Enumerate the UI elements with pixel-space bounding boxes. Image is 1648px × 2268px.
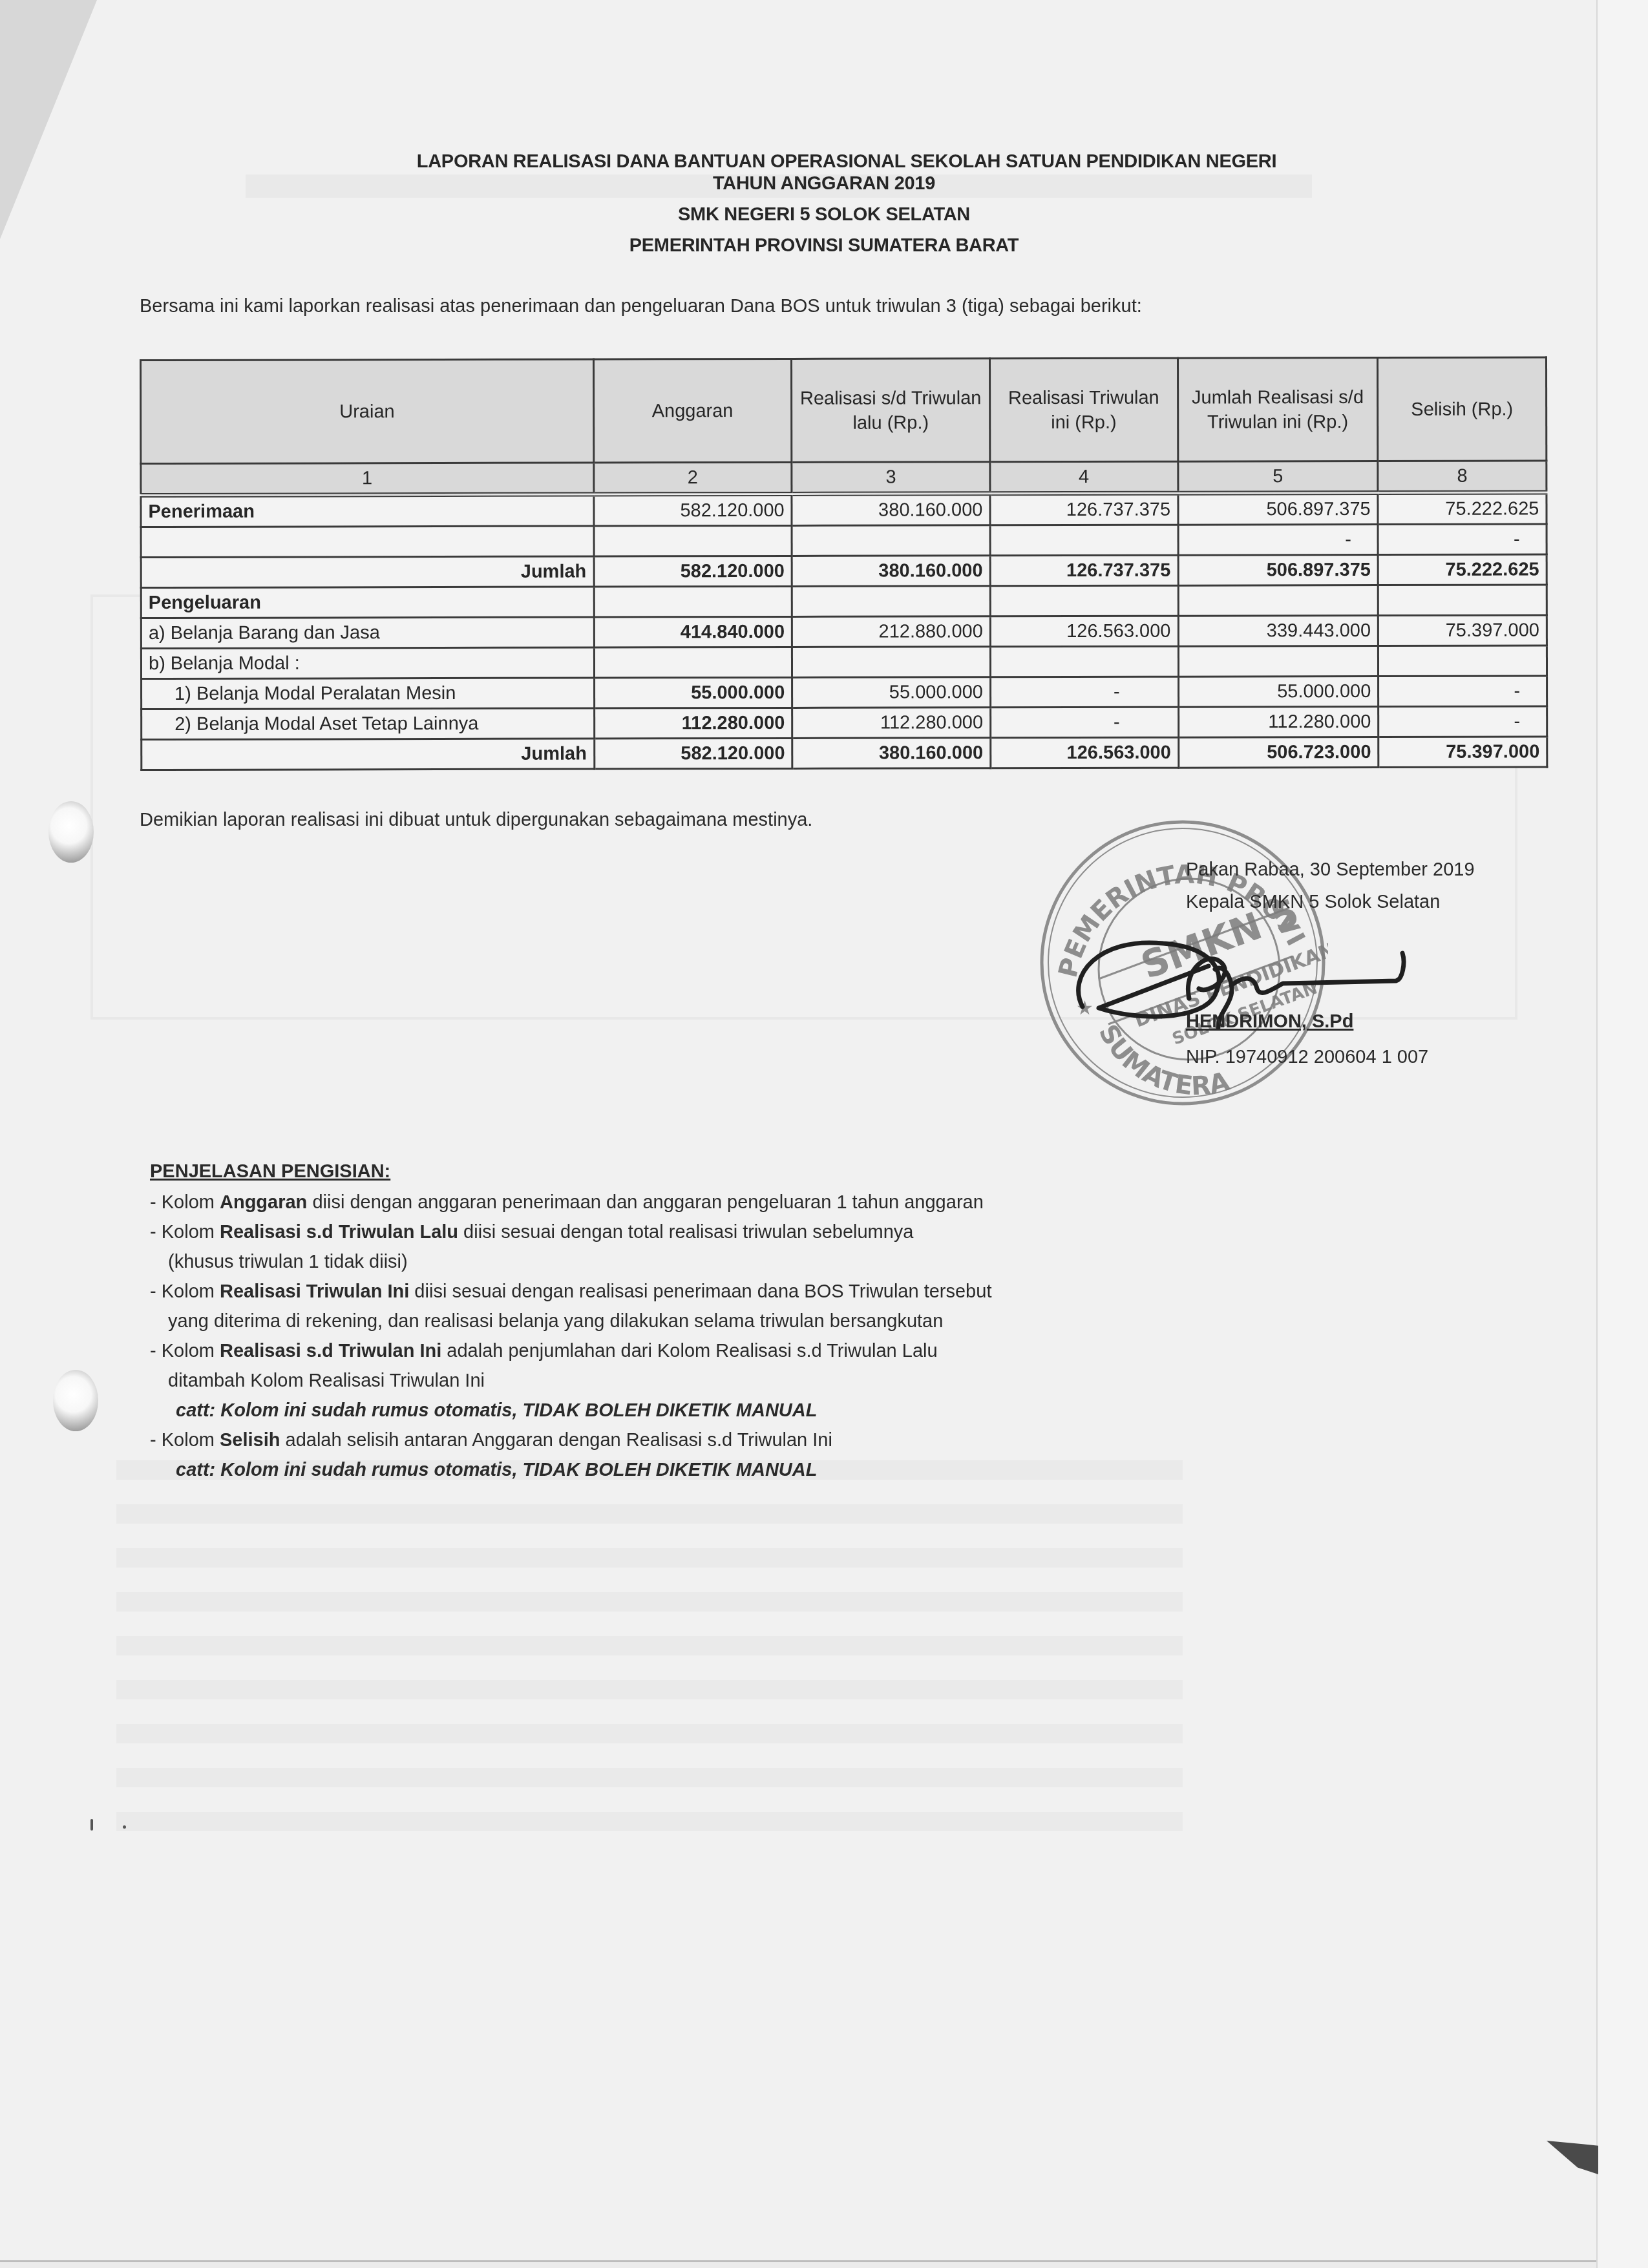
cell-realisasi-lalu (792, 525, 990, 556)
fiscal-year: TAHUN ANGGARAN 2019 (0, 173, 1648, 194)
cell-selisih: 75.222.625 (1378, 554, 1547, 585)
column-header: Realisasi s/d Triwulan lalu (Rp.) (792, 359, 990, 463)
cell-realisasi-ini: 126.737.375 (990, 555, 1178, 586)
cell-anggaran: 414.840.000 (594, 616, 792, 647)
instruction-continuation: ditambah Kolom Realisasi Triwulan Ini (150, 1366, 991, 1396)
cell-realisasi-lalu (792, 647, 991, 678)
cell-jumlah-realisasi: 506.897.375 (1178, 492, 1379, 525)
cell-realisasi-lalu: 212.880.000 (792, 616, 991, 647)
table-row-belanja-barang-jasa: a) Belanja Barang dan Jasa 414.840.000 2… (141, 615, 1547, 649)
instructions-heading: PENJELASAN PENGISIAN: (150, 1157, 991, 1186)
cell-jumlah-realisasi (1178, 646, 1379, 677)
row-label: a) Belanja Barang dan Jasa (141, 617, 594, 648)
column-header: Uraian (141, 359, 594, 463)
column-number: 4 (990, 461, 1178, 494)
cell-realisasi-lalu: 380.160.000 (792, 738, 991, 769)
table-row-empty: - - (141, 524, 1547, 558)
signatory-nip: NIP. 19740912 200604 1 007 (1186, 1047, 1428, 1068)
cell-selisih: 75.397.000 (1379, 615, 1547, 646)
item-text: diisi dengan anggaran penerimaan dan ang… (307, 1192, 983, 1213)
cell-selisih: 75.397.000 (1379, 737, 1547, 768)
table-row-aset-tetap-lainnya: 2) Belanja Modal Aset Tetap Lainnya 112.… (142, 706, 1547, 740)
paper-edge (1596, 0, 1648, 2268)
instruction-item: - Kolom Selisih adalah selisih antaran A… (150, 1425, 991, 1455)
column-header: Selisih (Rp.) (1378, 357, 1547, 461)
item-text: diisi sesuai dengan realisasi penerimaan… (409, 1281, 991, 1302)
cell-realisasi-lalu: 380.160.000 (792, 556, 990, 587)
cell-anggaran (594, 586, 792, 617)
cell-anggaran: 112.280.000 (594, 708, 792, 739)
item-text: adalah selisih antaran Anggaran dengan R… (280, 1430, 832, 1451)
item-column-name: Realisasi s.d Triwulan Ini (220, 1341, 441, 1361)
item-prefix: - Kolom (150, 1341, 220, 1361)
item-column-name: Anggaran (220, 1192, 307, 1213)
punch-hole (53, 1370, 98, 1431)
cell-jumlah-realisasi: - (1178, 524, 1379, 555)
cell-anggaran: 582.120.000 (594, 494, 792, 526)
cell-realisasi-lalu: 112.280.000 (792, 708, 991, 739)
cell-selisih: - (1379, 706, 1547, 737)
punch-hole (48, 801, 94, 863)
item-column-name: Realisasi s.d Triwulan Lalu (220, 1222, 458, 1243)
table-row-belanja-modal: b) Belanja Modal : (141, 646, 1547, 679)
row-label: Penerimaan (141, 494, 594, 527)
intro-text: Bersama ini kami laporkan realisasi atas… (140, 296, 1142, 317)
instruction-item: - Kolom Realisasi s.d Triwulan Lalu diis… (150, 1217, 991, 1247)
instruction-item: - Kolom Realisasi s.d Triwulan Ini adala… (150, 1336, 991, 1366)
instruction-note: catt: Kolom ini sudah rumus otomatis, TI… (150, 1455, 991, 1485)
row-label: 1) Belanja Modal Peralatan Mesin (142, 678, 595, 709)
column-header: Anggaran (593, 359, 792, 463)
item-prefix: - Kolom (150, 1192, 220, 1213)
cell-realisasi-lalu: 55.000.000 (792, 677, 991, 708)
column-number: 3 (792, 462, 990, 494)
column-number: 5 (1178, 461, 1378, 493)
cell-anggaran: 55.000.000 (594, 677, 792, 708)
show-through-shadow (116, 1460, 1183, 1848)
filling-instructions: PENJELASAN PENGISIAN: - Kolom Anggaran d… (150, 1157, 991, 1485)
row-label: 2) Belanja Modal Aset Tetap Lainnya (142, 708, 595, 739)
cell-selisih: - (1379, 676, 1547, 707)
table-row-jumlah-pengeluaran: Jumlah 582.120.000 380.160.000 126.563.0… (142, 737, 1547, 770)
cell-realisasi-ini (990, 585, 1178, 616)
cell-realisasi-lalu (792, 586, 990, 617)
column-header: Jumlah Realisasi s/d Triwulan ini (Rp.) (1178, 357, 1378, 461)
item-prefix: - Kolom (150, 1281, 220, 1302)
cell-jumlah-realisasi: 55.000.000 (1178, 676, 1379, 707)
instruction-item: - Kolom Realisasi Triwulan Ini diisi ses… (150, 1277, 991, 1307)
cell-realisasi-ini (990, 646, 1178, 677)
item-text: adalah penjumlahan dari Kolom Realisasi … (441, 1341, 937, 1361)
table-header-row: Uraian Anggaran Realisasi s/d Triwulan l… (141, 357, 1547, 464)
cell-selisih: - (1378, 524, 1547, 555)
instruction-continuation: (khusus triwulan 1 tidak diisi) (150, 1247, 991, 1277)
item-column-name: Realisasi Triwulan Ini (220, 1281, 409, 1302)
cell-realisasi-ini: 126.563.000 (991, 737, 1179, 768)
cell-jumlah-realisasi: 339.443.000 (1178, 615, 1379, 646)
column-number: 2 (593, 462, 792, 494)
item-column-name: Selisih (220, 1430, 280, 1451)
school-name: SMK NEGERI 5 SOLOK SELATAN (0, 204, 1648, 226)
column-header: Realisasi Triwulan ini (Rp.) (989, 358, 1178, 462)
cell-selisih (1378, 585, 1547, 616)
table-row-peralatan-mesin: 1) Belanja Modal Peralatan Mesin 55.000.… (142, 676, 1547, 709)
government-name: PEMERINTAH PROVINSI SUMATERA BARAT (0, 235, 1648, 257)
ink-speck (90, 1819, 93, 1831)
row-label (141, 526, 594, 557)
closing-statement: Demikian laporan realisasi ini dibuat un… (140, 810, 812, 831)
signatory-name: HENDRIMON, S.Pd (1186, 1011, 1353, 1033)
cell-realisasi-ini: - (990, 677, 1178, 708)
realization-table: Uraian Anggaran Realisasi s/d Triwulan l… (140, 356, 1548, 771)
cell-selisih: 75.222.625 (1378, 492, 1547, 525)
cell-anggaran (594, 647, 792, 678)
paper-bottom-edge (0, 2260, 1596, 2262)
cell-jumlah-realisasi: 506.897.375 (1178, 554, 1379, 585)
instruction-item: - Kolom Anggaran diisi dengan anggaran p… (150, 1188, 991, 1217)
signature-place-date: Pakan Rabaa, 30 September 2019 (1186, 859, 1475, 881)
cell-selisih (1379, 646, 1547, 677)
cell-jumlah-realisasi (1178, 585, 1379, 616)
signature-role: Kepala SMKN 5 Solok Selatan (1186, 892, 1440, 913)
cell-realisasi-ini (990, 525, 1178, 556)
cell-realisasi-ini: 126.563.000 (990, 616, 1178, 647)
row-label: Jumlah (141, 556, 594, 587)
column-number: 8 (1378, 461, 1547, 493)
row-label: Jumlah (142, 739, 595, 770)
report-title: LAPORAN REALISASI DANA BANTUAN OPERASION… (0, 151, 1648, 173)
column-number-row: 1 2 3 4 5 8 (141, 461, 1547, 496)
row-label: Pengeluaran (141, 587, 594, 618)
row-label: b) Belanja Modal : (141, 647, 594, 678)
ink-speck (123, 1825, 126, 1829)
paper-sheet (0, 0, 1596, 2262)
cell-realisasi-lalu: 380.160.000 (792, 494, 990, 526)
table-row-jumlah-penerimaan: Jumlah 582.120.000 380.160.000 126.737.3… (141, 554, 1547, 588)
instruction-note: catt: Kolom ini sudah rumus otomatis, TI… (150, 1396, 991, 1425)
cell-jumlah-realisasi: 506.723.000 (1178, 737, 1379, 768)
column-number: 1 (141, 463, 594, 495)
cell-realisasi-ini: - (991, 707, 1179, 738)
cell-anggaran: 582.120.000 (594, 556, 792, 587)
cell-realisasi-ini: 126.737.375 (990, 493, 1178, 525)
table-row-penerimaan: Penerimaan 582.120.000 380.160.000 126.7… (141, 492, 1547, 527)
item-prefix: - Kolom (150, 1222, 220, 1243)
cell-anggaran (594, 525, 792, 556)
instruction-continuation: yang diterima di rekening, dan realisasi… (150, 1307, 991, 1336)
item-text: diisi sesuai dengan total realisasi triw… (458, 1222, 913, 1243)
cell-anggaran: 582.120.000 (594, 738, 792, 769)
table-row-pengeluaran: Pengeluaran (141, 585, 1547, 618)
item-prefix: - Kolom (150, 1430, 220, 1451)
cell-jumlah-realisasi: 112.280.000 (1178, 706, 1379, 737)
